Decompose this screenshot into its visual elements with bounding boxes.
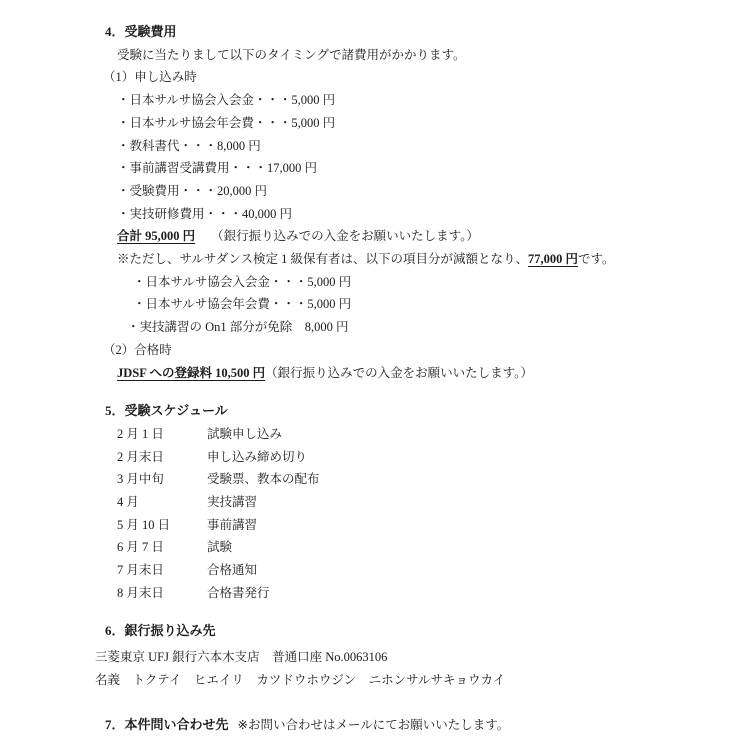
fee-item: ・事前講習受講費用・・・17,000 円 — [95, 157, 712, 180]
schedule-event: 実技講習 — [207, 495, 257, 509]
schedule-row: 3 月中旬受験票、教本の配布 — [95, 468, 712, 491]
bank-account-holder: 名義 トクテイ ヒエイリ カツドウホウジン ニホンサルサキョウカイ — [95, 669, 712, 692]
fee-item: ・受験費用・・・20,000 円 — [95, 180, 712, 203]
discount-note-prefix: ※ただし、サルサダンス検定 1 級保有者は、以下の項目分が減額となり、 — [117, 252, 528, 266]
section-heading-schedule: 5．受験スケジュール — [95, 400, 712, 423]
fees-intro-text: 受験に当たりまして以下のタイミングで諸費用がかかります。 — [95, 44, 712, 67]
section-heading-bank: 6．銀行振り込み先 — [95, 620, 712, 643]
schedule-event: 合格通知 — [207, 563, 257, 577]
schedule-event: 試験 — [207, 540, 232, 554]
discount-item: ・日本サルサ協会年会費・・・5,000 円 — [95, 293, 712, 316]
schedule-row: 8 月末日合格書発行 — [95, 582, 712, 605]
total-fee-line: 合計 95,000 円（銀行振り込みでの入金をお願いいたします。） — [95, 225, 712, 248]
section-heading-contact: 7．本件問い合わせ先 — [105, 717, 229, 732]
section-heading-fees: 4．受験費用 — [95, 21, 712, 44]
fee-item: ・実技研修費用・・・40,000 円 — [95, 203, 712, 226]
schedule-date: 6 月 7 日 — [117, 536, 207, 559]
discount-note-suffix: です。 — [578, 252, 615, 266]
total-fee-amount: 合計 95,000 円 — [117, 229, 195, 243]
schedule-event: 受験票、教本の配布 — [207, 472, 320, 486]
schedule-event: 試験申し込み — [207, 427, 282, 441]
bank-account-info: 三菱東京 UFJ 銀行六本木支店 普通口座 No.0063106 — [95, 646, 712, 669]
schedule-row: 5 月 10 日事前講習 — [95, 514, 712, 537]
pass-fee-line: JDSF への登録料 10,500 円（銀行振り込みでの入金をお願いいたします。… — [95, 362, 712, 385]
total-fee-note: （銀行振り込みでの入金をお願いいたします。） — [211, 229, 479, 243]
schedule-date: 4 月 — [117, 491, 207, 514]
bank-details: 三菱東京 UFJ 銀行六本木支店 普通口座 No.0063106 名義 トクテイ… — [95, 646, 712, 691]
pass-fee-amount: JDSF への登録料 10,500 円 — [117, 366, 265, 380]
schedule-date: 2 月 1 日 — [117, 423, 207, 446]
schedule-date: 8 月末日 — [117, 582, 207, 605]
discount-note-line: ※ただし、サルサダンス検定 1 級保有者は、以下の項目分が減額となり、77,00… — [95, 248, 712, 271]
schedule-date: 5 月 10 日 — [117, 514, 207, 537]
document-content: 4．受験費用 受験に当たりまして以下のタイミングで諸費用がかかります。 （1）申… — [95, 21, 712, 736]
schedule-event: 事前講習 — [207, 518, 257, 532]
section-contact-line: 7．本件問い合わせ先※お問い合わせはメールにてお願いいたします。 — [95, 714, 712, 737]
document-page: 4．受験費用 受験に当たりまして以下のタイミングで諸費用がかかります。 （1）申… — [0, 0, 740, 752]
fee-item: ・教科書代・・・8,000 円 — [95, 135, 712, 158]
schedule-row: 6 月 7 日試験 — [95, 536, 712, 559]
schedule-row: 7 月末日合格通知 — [95, 559, 712, 582]
schedule-date: 3 月中旬 — [117, 468, 207, 491]
schedule-event: 申し込み締め切り — [207, 450, 307, 464]
pass-fee-note: （銀行振り込みでの入金をお願いいたします。） — [265, 366, 533, 380]
discount-exempt-item: ・実技講習の On1 部分が免除 8,000 円 — [95, 316, 712, 339]
discount-amount: 77,000 円 — [528, 252, 578, 266]
schedule-row: 4 月実技講習 — [95, 491, 712, 514]
apply-time-label: （1）申し込み時 — [95, 66, 712, 89]
schedule-date: 7 月末日 — [117, 559, 207, 582]
contact-note: ※お問い合わせはメールにてお願いいたします。 — [238, 718, 510, 732]
schedule-event: 合格書発行 — [207, 586, 270, 600]
discount-item: ・日本サルサ協会入会金・・・5,000 円 — [95, 271, 712, 294]
schedule-date: 2 月末日 — [117, 446, 207, 469]
schedule-row: 2 月末日申し込み締め切り — [95, 446, 712, 469]
fee-item: ・日本サルサ協会年会費・・・5,000 円 — [95, 112, 712, 135]
schedule-row: 2 月 1 日試験申し込み — [95, 423, 712, 446]
fee-item: ・日本サルサ協会入会金・・・5,000 円 — [95, 89, 712, 112]
pass-time-label: （2）合格時 — [95, 339, 712, 362]
